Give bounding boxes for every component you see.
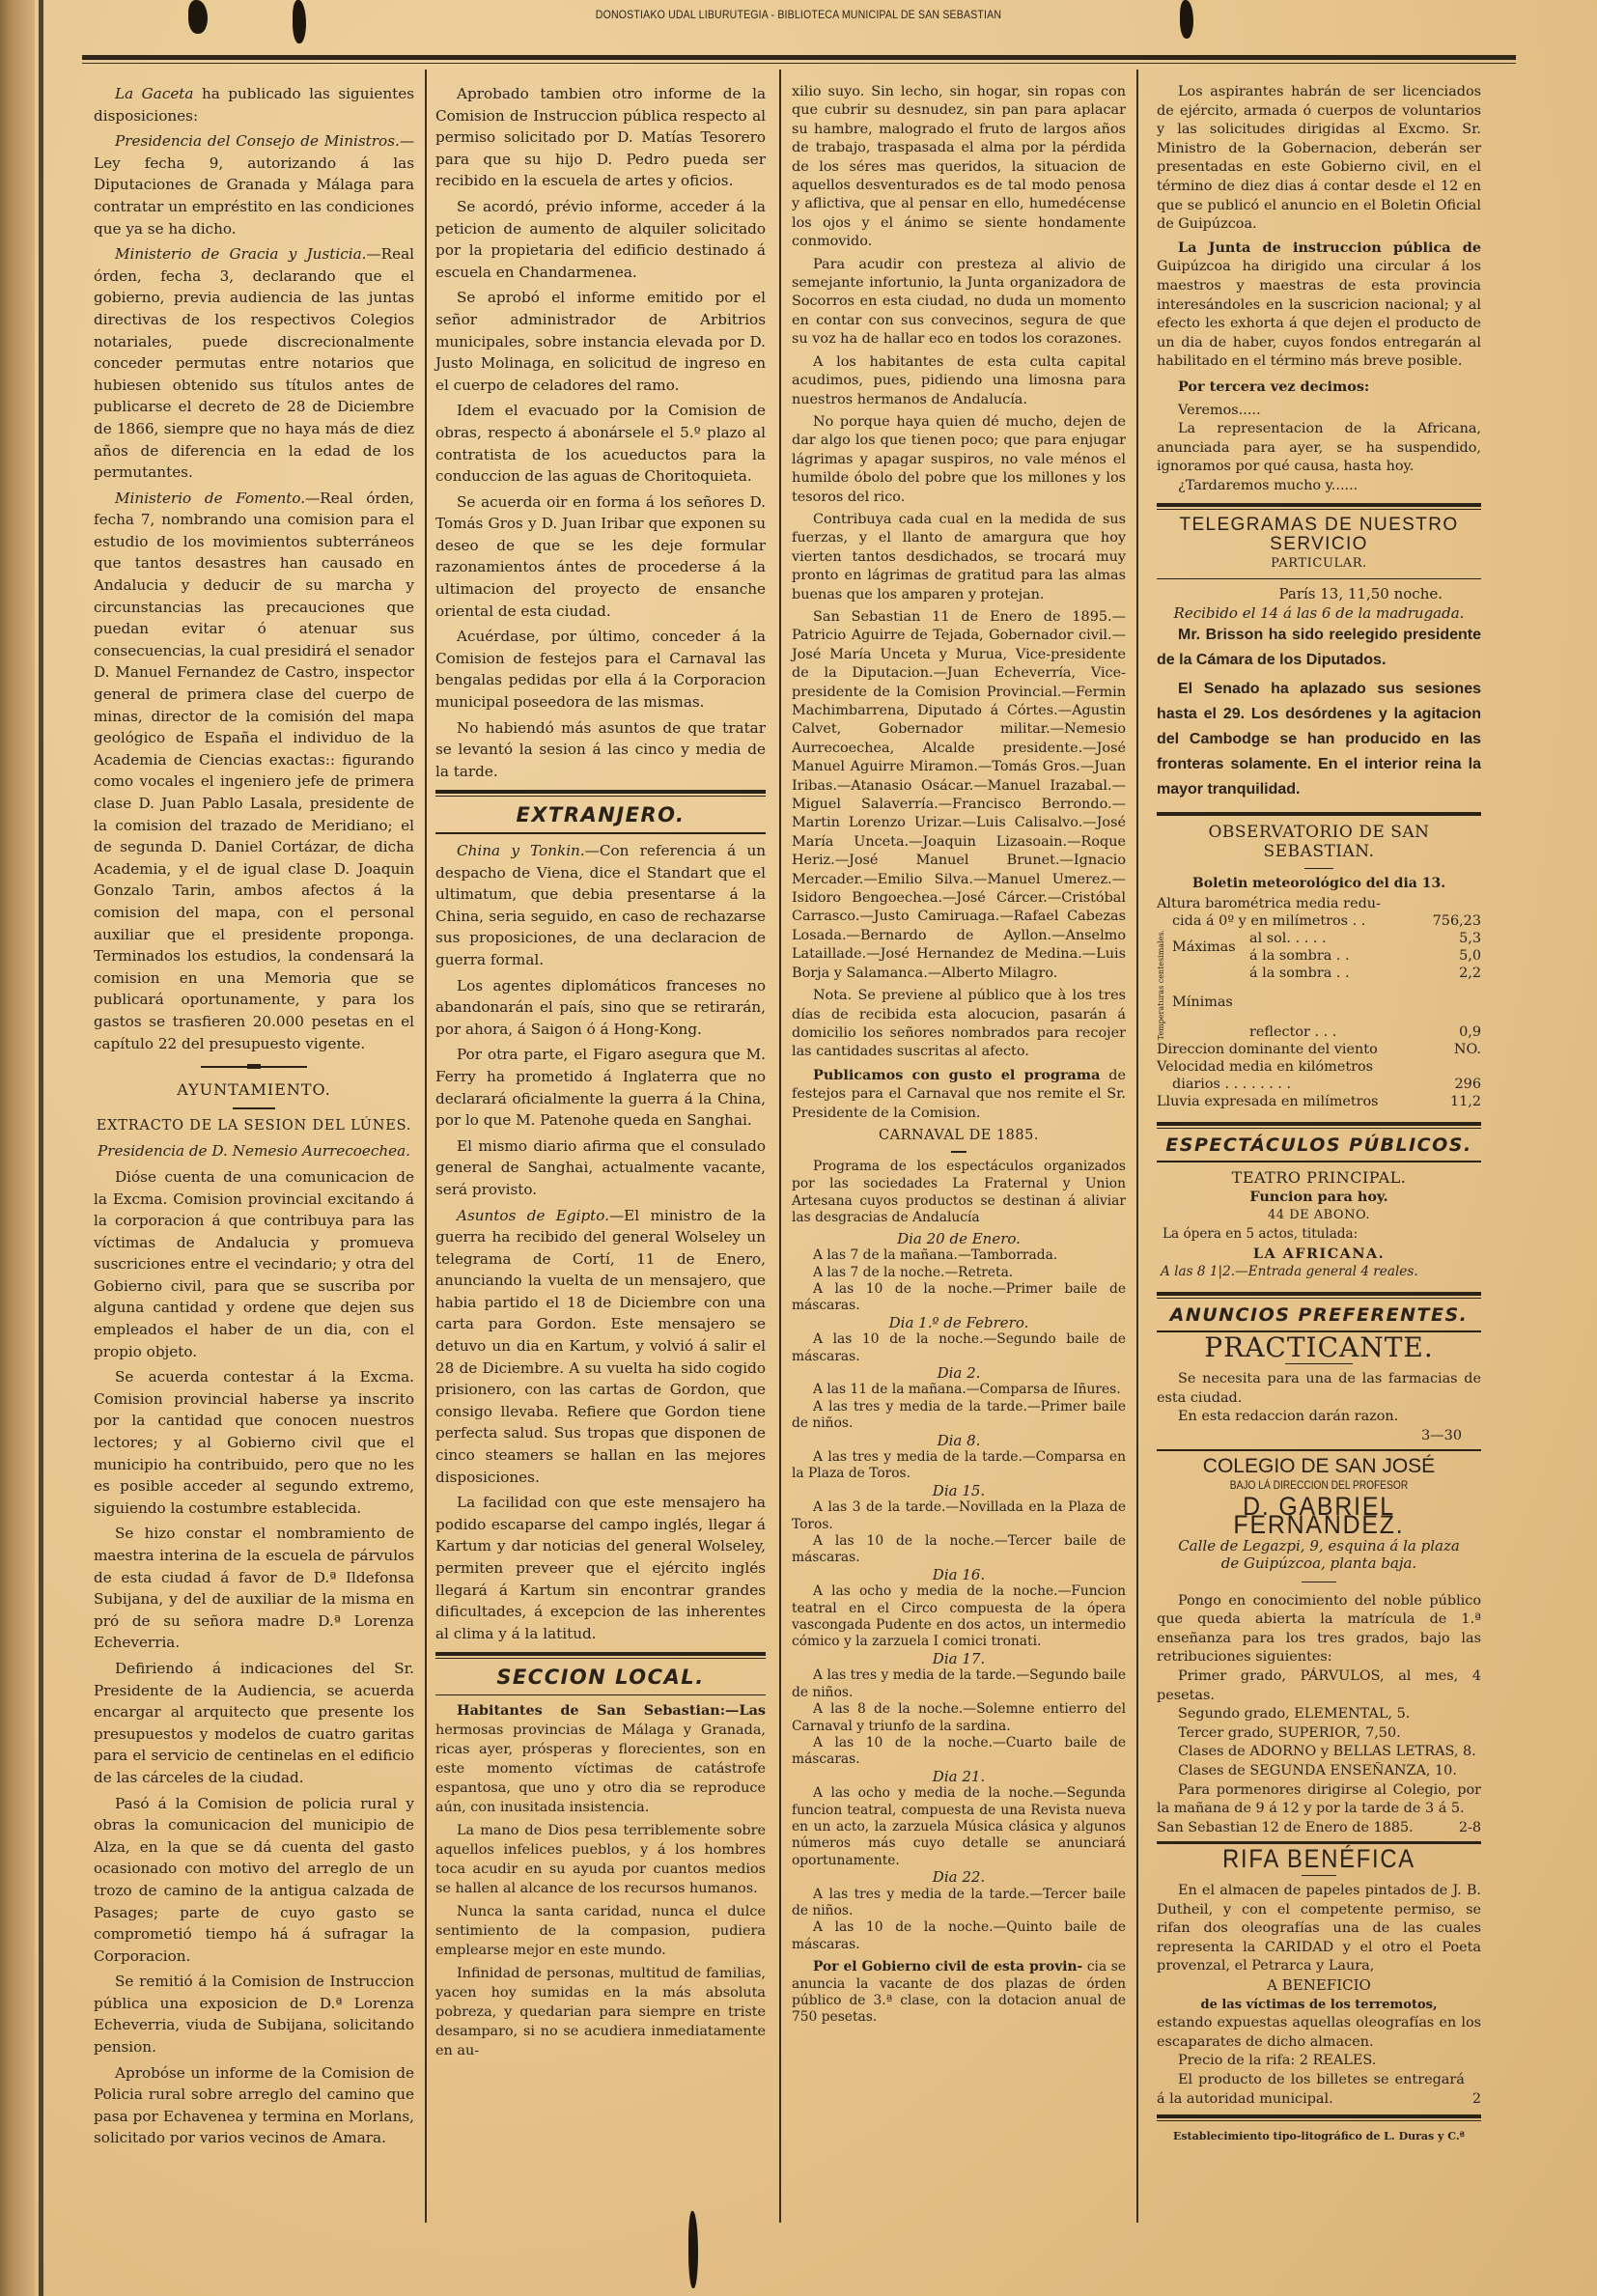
abono: 44 DE ABONO. bbox=[1157, 1206, 1481, 1225]
telegram-1: Mr. Brisson ha sido reelegido presidente… bbox=[1157, 623, 1481, 673]
fee-item: Primer grado, PÁRVULOS, al mes, 4 peseta… bbox=[1157, 1667, 1481, 1705]
fee-item: Clases de ADORNO y BELLAS LETRAS, 8. bbox=[1157, 1743, 1481, 1762]
day-title: Dia 1.º de Febrero. bbox=[792, 1315, 1126, 1331]
colegio-text: Pongo en conocimiento del noble público … bbox=[1157, 1592, 1481, 1667]
weather-value: 5,0 bbox=[1418, 947, 1481, 965]
event: A las ocho y media de la noche.—Segunda … bbox=[792, 1785, 1126, 1869]
colegio-date: San Sebastian 12 de Enero de 1885. bbox=[1157, 1819, 1414, 1838]
weather-row: Temperaturas centesimales. Máximas al so… bbox=[1157, 930, 1481, 947]
section-rule bbox=[435, 832, 766, 834]
weather-label: al sol. . . . . bbox=[1249, 930, 1418, 947]
section-heading-anuncios: ANUNCIOS PREFERENTES. bbox=[1157, 1306, 1481, 1326]
event: A las 3 de la tarde.—Novillada en la Pla… bbox=[792, 1499, 1126, 1533]
section-rule-thin bbox=[1157, 578, 1481, 579]
tel-dateline: París 13, 11,50 noche. bbox=[1157, 585, 1443, 604]
aspirantes-notice: Los aspirantes habrán de ser licenciados… bbox=[1157, 83, 1481, 235]
paragraph: El mismo diario afirma que el consulado … bbox=[435, 1135, 766, 1201]
footer-rule-thin bbox=[1157, 2120, 1481, 2121]
section-rule-thin bbox=[1157, 509, 1481, 510]
paragraph: La mano de Dios pesa terriblemente sobre… bbox=[435, 1821, 766, 1898]
colegio-address: Calle de Legazpi, 9, esquina á la plaza … bbox=[1157, 1537, 1481, 1572]
day-title: Dia 17. bbox=[792, 1651, 1126, 1667]
weather-label: Altura barométrica media redu- bbox=[1157, 895, 1418, 912]
section-rule bbox=[1157, 1292, 1481, 1296]
paragraph: Aprobado tambien otro informe de la Comi… bbox=[435, 83, 766, 192]
programa-intro: Publicamos con gusto el programa de fest… bbox=[792, 1066, 1126, 1123]
ornament-divider bbox=[201, 1066, 307, 1068]
weather-value: 0,9 bbox=[1418, 1023, 1481, 1041]
ad-reference: 2-8 bbox=[1459, 1819, 1481, 1838]
article-china: China y Tonkin.—Con referencia á un desp… bbox=[435, 840, 766, 971]
funcion-heading: Funcion para hoy. bbox=[1157, 1188, 1481, 1207]
weather-label: Lluvia expresada en milímetros bbox=[1157, 1093, 1418, 1110]
weather-row: Velocidad media en kilómetros bbox=[1157, 1058, 1481, 1076]
paragraph: xilio suyo. Sin lecho, sin hogar, sin ro… bbox=[792, 83, 1126, 252]
paragraph: Aprobóse un informe de la Comision de Po… bbox=[94, 2062, 414, 2149]
section-heading-local: SECCION LOCAL. bbox=[435, 1666, 766, 1689]
gaceta-intro: La Gaceta ha publicado las siguientes di… bbox=[94, 83, 414, 126]
weather-label: reflector . . . bbox=[1249, 1023, 1418, 1041]
junta-bold: La Junta de instruccion pública de bbox=[1178, 239, 1481, 256]
short-rule bbox=[1304, 868, 1333, 869]
section-rule bbox=[435, 790, 766, 794]
fee-item: Clases de SEGUNDA ENSEÑANZA, 10. bbox=[1157, 1762, 1481, 1781]
section-rule bbox=[1157, 1161, 1481, 1162]
section-rule bbox=[435, 1652, 766, 1656]
weather-value: NO. bbox=[1418, 1041, 1481, 1058]
paragraph: Pasó á la Comision de policia rural y ob… bbox=[94, 1793, 414, 1968]
nota: Nota. Se previene al público que à los t… bbox=[792, 987, 1126, 1062]
rifa-victimas: de las víctimas de los terremotos, bbox=[1157, 1996, 1481, 2015]
tel-received: Recibido el 14 á las 6 de la madrugada. bbox=[1157, 604, 1481, 624]
weather-label: Máximas bbox=[1172, 930, 1249, 965]
event: A las tres y media de la tarde.—Comparsa… bbox=[792, 1449, 1126, 1483]
practicante-title: PRACTICANTE. bbox=[1157, 1338, 1481, 1358]
page-binding-edge bbox=[0, 0, 35, 2296]
paragraph: Infinidad de personas, multitud de famil… bbox=[435, 1964, 766, 2060]
article-title: Ministerio de Gracia y Justicia. bbox=[115, 245, 366, 263]
ad-reference: 2 bbox=[1472, 2090, 1481, 2110]
paragraph: No porque haya quien dé mucho, dejen de … bbox=[792, 413, 1126, 507]
section-rule-thin bbox=[435, 1658, 766, 1659]
junta-text: Guipúzcoa ha dirigido una circular á los… bbox=[1157, 259, 1481, 369]
carnaval-heading: CARNAVAL DE 1885. bbox=[792, 1127, 1126, 1145]
section-rule bbox=[1157, 1122, 1481, 1126]
ad-reference: 3—30 bbox=[1157, 1427, 1462, 1446]
weather-label: Velocidad media en kilómetros bbox=[1157, 1058, 1418, 1076]
weather-value: 2,2 bbox=[1418, 965, 1481, 1022]
colegio-title: COLEGIO DE SAN JOSÉ bbox=[1157, 1457, 1481, 1476]
gaceta-name: La Gaceta bbox=[115, 85, 193, 102]
day-title: Dia 22. bbox=[792, 1869, 1126, 1886]
tardaremos: ¿Tardaremos mucho y...... bbox=[1157, 477, 1481, 496]
section-rule-thin bbox=[1157, 1298, 1481, 1299]
temperature-group-label: Temperaturas centesimales. bbox=[1157, 930, 1172, 1040]
event: A las tres y media de la tarde.—Tercer b… bbox=[792, 1887, 1126, 1920]
paragraph: Para acudir con presteza al alivio de se… bbox=[792, 256, 1126, 350]
short-rule bbox=[1285, 1363, 1353, 1364]
section-rule bbox=[1157, 1449, 1481, 1451]
section-heading-ayuntamiento: AYUNTAMIENTO. bbox=[94, 1079, 414, 1102]
carnaval-schedule: Dia 20 de Enero. A las 7 de la mañana.—T… bbox=[792, 1231, 1126, 1953]
event: A las 7 de la mañana.—Tamborrada. bbox=[792, 1247, 1126, 1264]
weather-label: cida á 0º y en milímetros . . bbox=[1157, 912, 1418, 930]
weather-row: Altura barométrica media redu- bbox=[1157, 895, 1481, 912]
article-title: Ministerio de Fomento. bbox=[115, 490, 305, 507]
weather-value: 5,3 bbox=[1418, 930, 1481, 947]
article-text: —Con referencia á un despacho de Viena, … bbox=[435, 842, 766, 968]
article-title: China y Tonkin. bbox=[457, 842, 585, 859]
weather-value: 756,23 bbox=[1418, 912, 1481, 930]
programa-bold: Publicamos con gusto el programa bbox=[813, 1067, 1100, 1083]
binding-line bbox=[39, 0, 43, 2296]
tercera-heading: Por tercera vez decimos: bbox=[1157, 378, 1481, 398]
telegramas-sub: PARTICULAR. bbox=[1157, 554, 1481, 574]
practicante-text: En esta redaccion darán razon. bbox=[1157, 1408, 1481, 1427]
paragraph: No habiendó más asuntos de que tratar se… bbox=[435, 717, 766, 783]
weather-label: Direccion dominante del viento bbox=[1157, 1041, 1418, 1058]
event: A las 10 de la noche.—Quinto baile de má… bbox=[792, 1919, 1126, 1953]
event: A las 8 de la noche.—Solemne entierro de… bbox=[792, 1701, 1126, 1735]
column-4: Los aspirantes habrán de ser licenciados… bbox=[1157, 83, 1481, 2146]
section-heading-extranjero: EXTRANJERO. bbox=[435, 804, 766, 826]
weather-row: Direccion dominante del vientoNO. bbox=[1157, 1041, 1481, 1058]
local-lead: Habitantes de San Sebastian:—Las hermosa… bbox=[435, 1701, 766, 1817]
opera-time: A las 8 1|2.—Entrada general 4 reales. bbox=[1157, 1263, 1481, 1282]
day-title: Dia 16. bbox=[792, 1567, 1126, 1583]
paragraph: Los agentes diplomáticos franceses no ab… bbox=[435, 975, 766, 1041]
rifa-beneficio: A BENEFICIO bbox=[1157, 1976, 1481, 1996]
boletin-heading: Boletin meteorológico del dia 13. bbox=[1157, 875, 1481, 894]
header-rule bbox=[82, 55, 1516, 60]
footer-rule bbox=[1157, 2114, 1481, 2118]
article-gracia-justicia: Ministerio de Gracia y Justicia.—Real ór… bbox=[94, 243, 414, 484]
event: A las 10 de la noche.—Tercer baile de má… bbox=[792, 1533, 1126, 1567]
day-title: Dia 15. bbox=[792, 1483, 1126, 1499]
observatorio-heading: OBSERVATORIO DE SAN SEBASTIAN. bbox=[1157, 824, 1481, 861]
telegram-2: El Senado ha aplazado sus sesiones hasta… bbox=[1157, 677, 1481, 802]
weather-row: cida á 0º y en milímetros . .756,23 bbox=[1157, 912, 1481, 930]
colegio-footer: San Sebastian 12 de Enero de 1885. 2-8 bbox=[1157, 1819, 1481, 1838]
event: A las 10 de la noche.—Cuarto baile de má… bbox=[792, 1735, 1126, 1769]
rifa-text: El producto de los billetes se entregará… bbox=[1157, 2071, 1465, 2109]
paragraph: Acuérdase, por último, conceder á la Com… bbox=[435, 626, 766, 713]
paragraph: Idem el evacuado por la Comision de obra… bbox=[435, 400, 766, 487]
opera-line: La ópera en 5 actos, titulada: bbox=[1157, 1225, 1481, 1245]
ink-stain bbox=[293, 0, 306, 43]
section-heading-espectaculos: ESPECTÁCULOS PÚBLICOS. bbox=[1157, 1136, 1481, 1156]
weather-label: Mínimas bbox=[1172, 965, 1249, 1040]
africana-notice: La representacion de la Africana, anunci… bbox=[1157, 420, 1481, 477]
section-rule bbox=[1157, 503, 1481, 507]
teatro-name: TEATRO PRINCIPAL. bbox=[1157, 1168, 1481, 1188]
article-title: Asuntos de Egipto. bbox=[457, 1207, 609, 1224]
colegio-text: Para pormenores dirigirse al Colegio, po… bbox=[1157, 1781, 1481, 1819]
article-presidencia: Presidencia del Consejo de Ministros.—Le… bbox=[94, 130, 414, 239]
junta-notice: La Junta de instruccion pública de Guipú… bbox=[1157, 238, 1481, 372]
short-rule bbox=[951, 1151, 967, 1153]
tercera-bold: Por tercera vez decimos: bbox=[1178, 378, 1369, 395]
weather-value: 11,2 bbox=[1418, 1093, 1481, 1110]
article-fomento: Ministerio de Fomento.—Real órden, fecha… bbox=[94, 488, 414, 1054]
gobierno-bold: Por el Gobierno civil de esta provin- bbox=[813, 1959, 1082, 1974]
practicante-text: Se necesita para una de las farmacias de… bbox=[1157, 1370, 1481, 1408]
short-rule bbox=[1302, 1875, 1336, 1876]
fee-item: Segundo grado, ELEMENTAL, 5. bbox=[1157, 1705, 1481, 1724]
section-rule bbox=[1157, 812, 1481, 816]
local-lead-text: hermosas provincias de Málaga y Granada,… bbox=[435, 1722, 766, 1815]
rifa-price: Precio de la rifa: 2 REALES. bbox=[1157, 2052, 1481, 2071]
section-rule-thin bbox=[1157, 1128, 1481, 1129]
event: A las ocho y media de la noche.—Funcion … bbox=[792, 1583, 1126, 1651]
column-2: Aprobado tambien otro informe de la Comi… bbox=[435, 83, 766, 2064]
header-rule-thin bbox=[82, 63, 1516, 64]
fee-item: Tercer grado, SUPERIOR, 7,50. bbox=[1157, 1724, 1481, 1744]
library-watermark: DONOSTIAKO UDAL LIBURUTEGIA - BIBLIOTECA… bbox=[96, 8, 1501, 21]
column-1: La Gaceta ha publicado las siguientes di… bbox=[94, 83, 414, 2153]
day-title: Dia 2. bbox=[792, 1365, 1126, 1382]
event: A las 10 de la noche.—Segundo baile de m… bbox=[792, 1331, 1126, 1365]
rifa-text: En el almacen de papeles pintados de J. … bbox=[1157, 1882, 1481, 1976]
event: A las tres y media de la tarde.—Segundo … bbox=[792, 1667, 1126, 1701]
signatories: San Sebastian 11 de Enero de 1895.—Patri… bbox=[792, 608, 1126, 983]
article-egipto: Asuntos de Egipto.—El ministro de la gue… bbox=[435, 1205, 766, 1489]
section-rule-thin bbox=[435, 796, 766, 797]
gobierno-notice: Por el Gobierno civil de esta provin- ci… bbox=[792, 1959, 1126, 2027]
event: A las 11 de la mañana.—Comparsa de Iñure… bbox=[792, 1382, 1126, 1398]
column-divider bbox=[1136, 70, 1138, 2223]
printer-imprint: Establecimiento tipo-litográfico de L. D… bbox=[1157, 2127, 1481, 2146]
article-text: —El ministro de la guerra ha recibido de… bbox=[435, 1207, 766, 1486]
presidencia-line: Presidencia de D. Nemesio Aurrecoechea. bbox=[94, 1140, 414, 1162]
event: A las tres y media de la tarde.—Primer b… bbox=[792, 1399, 1126, 1433]
rifa-title: RIFA BENÉFICA bbox=[1176, 1850, 1462, 1869]
day-title: Dia 20 de Enero. bbox=[792, 1231, 1126, 1247]
short-rule bbox=[233, 1107, 275, 1109]
article-title: Presidencia del Consejo de Ministros. bbox=[115, 132, 400, 150]
weather-label: diarios . . . . . . . . bbox=[1157, 1076, 1418, 1093]
paragraph: Se acuerda oir en forma á los señores D.… bbox=[435, 491, 766, 623]
article-text: —Real órden, fecha 7, nombrando una comi… bbox=[94, 490, 414, 1052]
rifa-text: estando expuestas aquellas oleografías e… bbox=[1157, 2014, 1481, 2052]
paragraph: Por otra parte, el Figaro asegura que M.… bbox=[435, 1044, 766, 1131]
subheading-extracto: EXTRACTO DE LA SESION DEL LÚNES. bbox=[94, 1115, 414, 1137]
event: A las 7 de la noche.—Retreta. bbox=[792, 1265, 1126, 1281]
veremos: Veremos..... bbox=[1157, 402, 1481, 421]
carnaval-intro: Programa de los espectáculos organizados… bbox=[792, 1159, 1126, 1226]
paragraph: Defiriendo á indicaciones del Sr. Presid… bbox=[94, 1658, 414, 1789]
rifa-footer: El producto de los billetes se entregará… bbox=[1157, 2071, 1481, 2109]
event: A las 10 de la noche.—Primer baile de má… bbox=[792, 1281, 1126, 1315]
weather-value: 296 bbox=[1418, 1076, 1481, 1093]
opera-title: LA AFRICANA. bbox=[1157, 1245, 1481, 1264]
paragraph: A los habitantes de esta culta capital a… bbox=[792, 353, 1126, 409]
column-divider bbox=[425, 70, 427, 2223]
column-divider bbox=[779, 70, 781, 2223]
paragraph: Nunca la santa caridad, nunca el dulce s… bbox=[435, 1902, 766, 1960]
weather-label: á la sombra . . bbox=[1249, 965, 1418, 1022]
weather-row: Lluvia expresada en milímetros11,2 bbox=[1157, 1093, 1481, 1110]
weather-row: Mínimasá la sombra . .2,2 bbox=[1157, 965, 1481, 1022]
weather-row: diarios . . . . . . . .296 bbox=[1157, 1076, 1481, 1093]
paragraph: Se hizo constar el nombramiento de maest… bbox=[94, 1523, 414, 1654]
weather-label: á la sombra . . bbox=[1249, 947, 1418, 965]
paragraph: La facilidad con que este mensajero ha p… bbox=[435, 1492, 766, 1644]
paragraph: Se acordó, prévio informe, acceder á la … bbox=[435, 196, 766, 283]
article-text: —Real órden, fecha 3, declarando que el … bbox=[94, 245, 414, 481]
colegio-director: D. GABRIEL FERNANDEZ. bbox=[1169, 1498, 1468, 1535]
paragraph: Se aprobó el informe emitido por el seño… bbox=[435, 287, 766, 396]
paragraph: Contribuya cada cual en la medida de sus… bbox=[792, 511, 1126, 604]
paragraph: Se remitió á la Comision de Instruccion … bbox=[94, 1971, 414, 2058]
section-rule-thin bbox=[435, 1694, 766, 1695]
paragraph: Se acuerda contestar á la Excma. Comisio… bbox=[94, 1366, 414, 1519]
telegramas-heading: TELEGRAMAS DE NUESTRO SERVICIO bbox=[1157, 516, 1481, 553]
day-title: Dia 8. bbox=[792, 1433, 1126, 1449]
day-title: Dia 21. bbox=[792, 1769, 1126, 1785]
weather-table: Altura barométrica media redu- cida á 0º… bbox=[1157, 895, 1481, 1109]
short-rule bbox=[1302, 1582, 1336, 1582]
column-3: xilio suyo. Sin lecho, sin hogar, sin ro… bbox=[792, 83, 1126, 2030]
paragraph: Dióse cuenta de una comunicacion de la E… bbox=[94, 1166, 414, 1362]
local-lead-bold: Habitantes de San Sebastian:—Las bbox=[457, 1702, 766, 1719]
